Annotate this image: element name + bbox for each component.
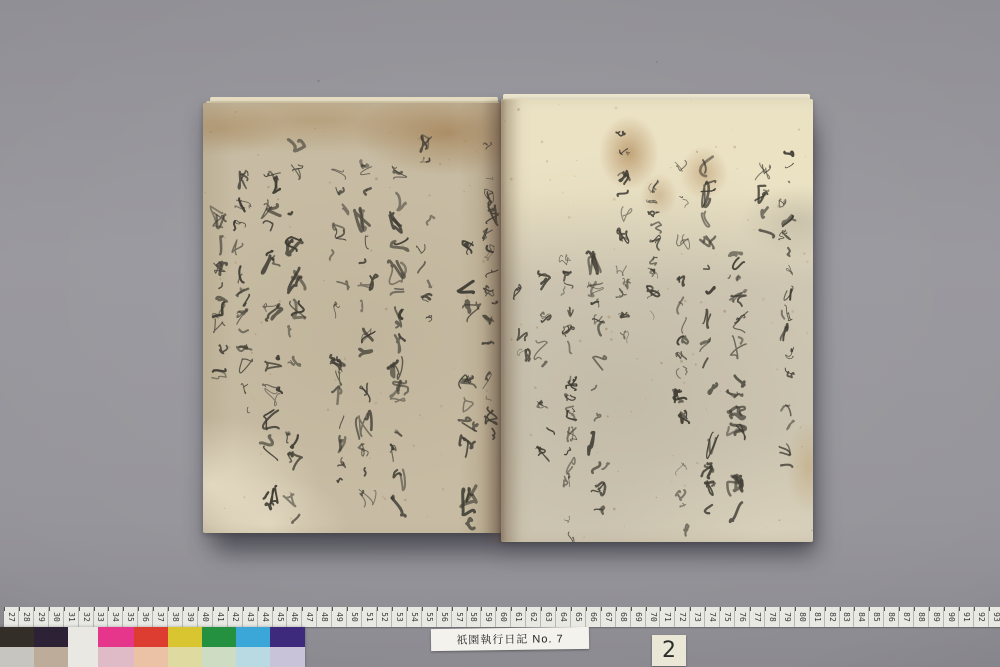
color-patch [202, 647, 236, 667]
color-calibration-bar [0, 627, 305, 667]
color-patch-column [34, 627, 68, 667]
ruler-number-cell: 64 [556, 607, 571, 627]
ruler-number-cell: 81 [810, 607, 825, 627]
color-patch [34, 627, 68, 647]
ruler-number-cell: 77 [750, 607, 765, 627]
ruler-number-cell: 74 [705, 607, 720, 627]
color-patch-column [68, 627, 98, 667]
ruler-number-cell: 43 [243, 607, 258, 627]
ruler-number-cell: 37 [153, 607, 168, 627]
ruler-number-cell: 29 [34, 607, 49, 627]
ruler-number-cell: 46 [287, 607, 302, 627]
ruler-number-cell: 27 [4, 607, 19, 627]
ruler-number-cell: 83 [840, 607, 855, 627]
ruler-number-cell: 84 [854, 607, 869, 627]
ruler-number-cell: 93 [989, 607, 1000, 627]
ruler-number-cell: 40 [198, 607, 213, 627]
left-page [203, 103, 501, 533]
ruler-number-cell: 86 [884, 607, 899, 627]
ruler-number-cell: 35 [123, 607, 138, 627]
ruler-number-cell: 45 [273, 607, 288, 627]
ruler-number-cell: 59 [481, 607, 496, 627]
ruler-number-cell: 89 [929, 607, 944, 627]
ruler-number-cell: 82 [825, 607, 840, 627]
color-patch [270, 647, 305, 667]
dust-speck [656, 61, 658, 63]
ruler-number-cell: 51 [362, 607, 377, 627]
ruler-number-cell: 85 [869, 607, 884, 627]
right-page [501, 99, 813, 542]
ruler-number-cell: 91 [959, 607, 974, 627]
ruler-number-cell: 34 [108, 607, 123, 627]
color-patch [34, 647, 68, 667]
ruler-number-cell: 73 [690, 607, 705, 627]
ruler-number-cell: 75 [720, 607, 735, 627]
ruler-number-cell: 36 [138, 607, 153, 627]
ruler-number-cell: 41 [213, 607, 228, 627]
ruler-number-cell: 79 [780, 607, 795, 627]
color-patch [68, 627, 98, 667]
ruler-number-cell: 32 [79, 607, 94, 627]
ruler-number-cell: 71 [660, 607, 675, 627]
ruler-number-cell: 92 [974, 607, 989, 627]
ruler-number-cell: 48 [317, 607, 332, 627]
color-patch-column [0, 627, 34, 667]
color-patch [168, 647, 202, 667]
ruler-number-cell: 72 [675, 607, 690, 627]
ruler-number-cell: 61 [511, 607, 526, 627]
ruler-number-cell: 55 [422, 607, 437, 627]
color-patch [270, 627, 305, 647]
caption-text: 祇園執行日記 No. 7 [456, 630, 564, 647]
ruler-number-cell: 42 [228, 607, 243, 627]
ruler-number-cell: 87 [899, 607, 914, 627]
color-patch-column [202, 627, 236, 667]
photo-stage: 2728293031323334353637383940414243444546… [0, 0, 1000, 667]
ruler-number-cell: 80 [795, 607, 810, 627]
ruler-tape: 2728293031323334353637383940414243444546… [0, 607, 1000, 628]
color-patch-column [236, 627, 270, 667]
ruler-number-cell: 78 [765, 607, 780, 627]
color-patch [134, 627, 168, 647]
ruler-number-cell: 66 [586, 607, 601, 627]
left-page-calligraphy [203, 103, 501, 533]
ruler-number-cell: 52 [377, 607, 392, 627]
color-patch [236, 627, 270, 647]
ruler-number-cell: 56 [437, 607, 452, 627]
page-number-text: 2 [662, 640, 676, 662]
ruler-number-cell: 70 [646, 607, 661, 627]
page-number-label: 2 [652, 635, 686, 666]
color-patch [134, 647, 168, 667]
color-patch [236, 647, 270, 667]
color-patch-column [134, 627, 168, 667]
color-patch [168, 627, 202, 647]
ruler-number-cell: 28 [19, 607, 34, 627]
color-patch-column [270, 627, 305, 667]
ruler-number-cell: 63 [541, 607, 556, 627]
ruler-number-cell: 39 [183, 607, 198, 627]
ruler-number-cell: 53 [392, 607, 407, 627]
ruler-number-cell: 54 [407, 607, 422, 627]
ruler-number-cell: 67 [601, 607, 616, 627]
ruler-number-cell: 76 [735, 607, 750, 627]
ruler-number-cell: 57 [452, 607, 467, 627]
ruler-number-cell: 62 [526, 607, 541, 627]
color-patch [98, 627, 134, 647]
caption-label: 祇園執行日記 No. 7 [431, 627, 589, 651]
ruler-number-cell: 65 [571, 607, 586, 627]
color-patch [202, 627, 236, 647]
ruler-number-cell: 31 [64, 607, 79, 627]
color-patch [0, 627, 34, 647]
ruler-number-cell: 33 [94, 607, 109, 627]
ruler-number-cell: 38 [168, 607, 183, 627]
ruler-number-cell: 60 [496, 607, 511, 627]
ruler-number-cell: 47 [302, 607, 317, 627]
color-patch-column [168, 627, 202, 667]
color-patch [98, 647, 134, 667]
ruler-number-cell: 90 [944, 607, 959, 627]
ruler-number-cell: 69 [631, 607, 646, 627]
ruler-number-cell: 58 [467, 607, 482, 627]
ruler-number-cell: 49 [332, 607, 347, 627]
ruler-number-cell: 30 [49, 607, 64, 627]
color-patch-column [98, 627, 134, 667]
ruler-number-cell: 68 [616, 607, 631, 627]
ruler-number-cell: 88 [914, 607, 929, 627]
right-page-calligraphy [501, 99, 813, 542]
color-patch [0, 647, 34, 667]
ruler-number-cell: 44 [258, 607, 273, 627]
ruler-number-cell: 50 [347, 607, 362, 627]
